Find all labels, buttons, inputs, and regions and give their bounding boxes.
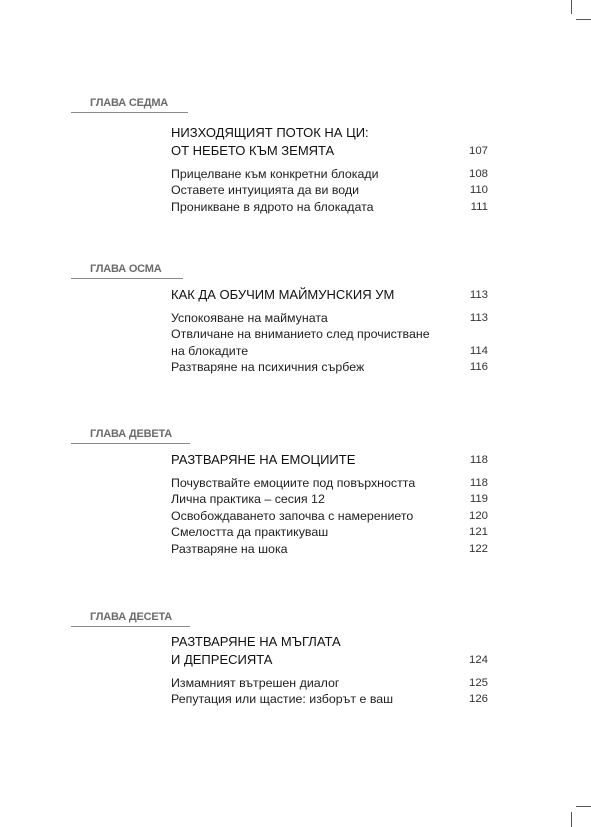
toc-section[interactable]: Разтваряне на психичния сърбеж 116 bbox=[171, 359, 488, 375]
section-text: Разтваряне на психичния сърбеж bbox=[171, 359, 364, 375]
section-text: Успокояване на маймуната bbox=[171, 310, 328, 326]
section-text: Почувствайте емоциите под повърхността bbox=[171, 475, 415, 491]
page-number: 110 bbox=[464, 182, 488, 198]
toc-section[interactable]: Оставете интуицията да ви води 110 bbox=[171, 182, 488, 198]
section-text: Оставете интуицията да ви води bbox=[171, 182, 359, 198]
toc-section[interactable]: Проникване в ядрото на блокадата 111 bbox=[171, 199, 488, 215]
toc-section[interactable]: Освобождаването започва с намерението 12… bbox=[171, 508, 488, 524]
section-text: Освобождаването започва с намерението bbox=[171, 508, 413, 524]
toc-section[interactable]: Почувствайте емоциите под повърхността 1… bbox=[171, 475, 488, 491]
section-text: Лична практика – сесия 12 bbox=[171, 491, 325, 507]
chapter-title[interactable]: КАК ДА ОБУЧИМ МАЙМУНСКИЯ УМ 113 bbox=[171, 286, 488, 304]
section-text: Репутация или щастие: изборът е ваш bbox=[171, 691, 393, 707]
page-number: 107 bbox=[464, 142, 488, 160]
page-number: 114 bbox=[464, 343, 488, 359]
page-number: 113 bbox=[464, 286, 488, 304]
page-number: 111 bbox=[464, 199, 488, 215]
crop-mark-bottom-right-horizontal bbox=[576, 806, 591, 807]
section-text: Разтваряне на шока bbox=[171, 541, 288, 557]
chapter-entries: КАК ДА ОБУЧИМ МАЙМУНСКИЯ УМ 113 Успокояв… bbox=[171, 286, 488, 376]
page-number: 120 bbox=[464, 508, 488, 524]
page-number: 118 bbox=[464, 475, 488, 491]
chapter-title[interactable]: РАЗТВАРЯНЕ НА МЪГЛАТА И ДЕПРЕСИЯТА 124 bbox=[171, 633, 488, 669]
chapter-entries: НИЗХОДЯЩИЯТ ПОТОК НА ЦИ: ОТ НЕБЕТО КЪМ З… bbox=[171, 124, 488, 215]
chapter-title[interactable]: РАЗТВАРЯНЕ НА ЕМОЦИИТЕ 118 bbox=[171, 451, 488, 469]
page-number: 119 bbox=[464, 491, 488, 507]
section-text: Измамният вътрешен диалог bbox=[171, 675, 339, 691]
chapter-rule bbox=[71, 443, 190, 444]
crop-mark-top-right-horizontal bbox=[576, 19, 591, 20]
toc-section[interactable]: Лична практика – сесия 12 119 bbox=[171, 491, 488, 507]
chapter-rule bbox=[71, 626, 190, 627]
page-number: 118 bbox=[464, 451, 488, 469]
toc-section[interactable]: Отвличане на вниманието след прочистване… bbox=[171, 326, 488, 359]
chapter-rule bbox=[71, 112, 188, 113]
chapter-label: ГЛАВА ДЕВЕТА bbox=[90, 428, 172, 440]
chapter-label: ГЛАВА ОСМА bbox=[90, 263, 161, 275]
chapter-entries: РАЗТВАРЯНЕ НА ЕМОЦИИТЕ 118 Почувствайте … bbox=[171, 451, 488, 557]
toc-section[interactable]: Прицелване към конкретни блокади 108 bbox=[171, 166, 488, 182]
chapter-title-text: РАЗТВАРЯНЕ НА ЕМОЦИИТЕ bbox=[171, 451, 355, 469]
toc-section[interactable]: Смелостта да практикуваш 121 bbox=[171, 524, 488, 540]
chapter-label: ГЛАВА ДЕСЕТА bbox=[90, 611, 172, 623]
chapter-title[interactable]: НИЗХОДЯЩИЯТ ПОТОК НА ЦИ: ОТ НЕБЕТО КЪМ З… bbox=[171, 124, 488, 160]
page-number: 124 bbox=[464, 651, 488, 669]
toc-section[interactable]: Репутация или щастие: изборът е ваш 126 bbox=[171, 691, 488, 707]
page-number: 113 bbox=[464, 310, 488, 326]
section-text: Смелостта да практикуваш bbox=[171, 524, 328, 540]
section-text: Прицелване към конкретни блокади bbox=[171, 166, 379, 182]
section-text: Отвличане на вниманието след прочистване… bbox=[171, 326, 430, 359]
chapter-label: ГЛАВА СЕДМА bbox=[90, 97, 168, 109]
page-number: 125 bbox=[464, 675, 488, 691]
page-number: 121 bbox=[464, 524, 488, 540]
page-number: 108 bbox=[464, 166, 488, 182]
toc-section[interactable]: Успокояване на маймуната 113 bbox=[171, 310, 488, 326]
chapter-entries: РАЗТВАРЯНЕ НА МЪГЛАТА И ДЕПРЕСИЯТА 124 И… bbox=[171, 633, 488, 708]
chapter-title-text: КАК ДА ОБУЧИМ МАЙМУНСКИЯ УМ bbox=[171, 286, 394, 304]
chapter-title-text: РАЗТВАРЯНЕ НА МЪГЛАТА И ДЕПРЕСИЯТА bbox=[171, 633, 341, 669]
toc-section[interactable]: Измамният вътрешен диалог 125 bbox=[171, 675, 488, 691]
toc-section[interactable]: Разтваряне на шока 122 bbox=[171, 541, 488, 557]
page-number: 126 bbox=[464, 691, 488, 707]
section-text: Проникване в ядрото на блокадата bbox=[171, 199, 374, 215]
chapter-rule bbox=[71, 278, 183, 279]
page-number: 116 bbox=[464, 359, 488, 375]
page-number: 122 bbox=[464, 541, 488, 557]
crop-mark-bottom-right-vertical bbox=[571, 812, 572, 827]
chapter-title-text: НИЗХОДЯЩИЯТ ПОТОК НА ЦИ: ОТ НЕБЕТО КЪМ З… bbox=[171, 124, 369, 160]
crop-mark-top-right-vertical bbox=[571, 0, 572, 14]
